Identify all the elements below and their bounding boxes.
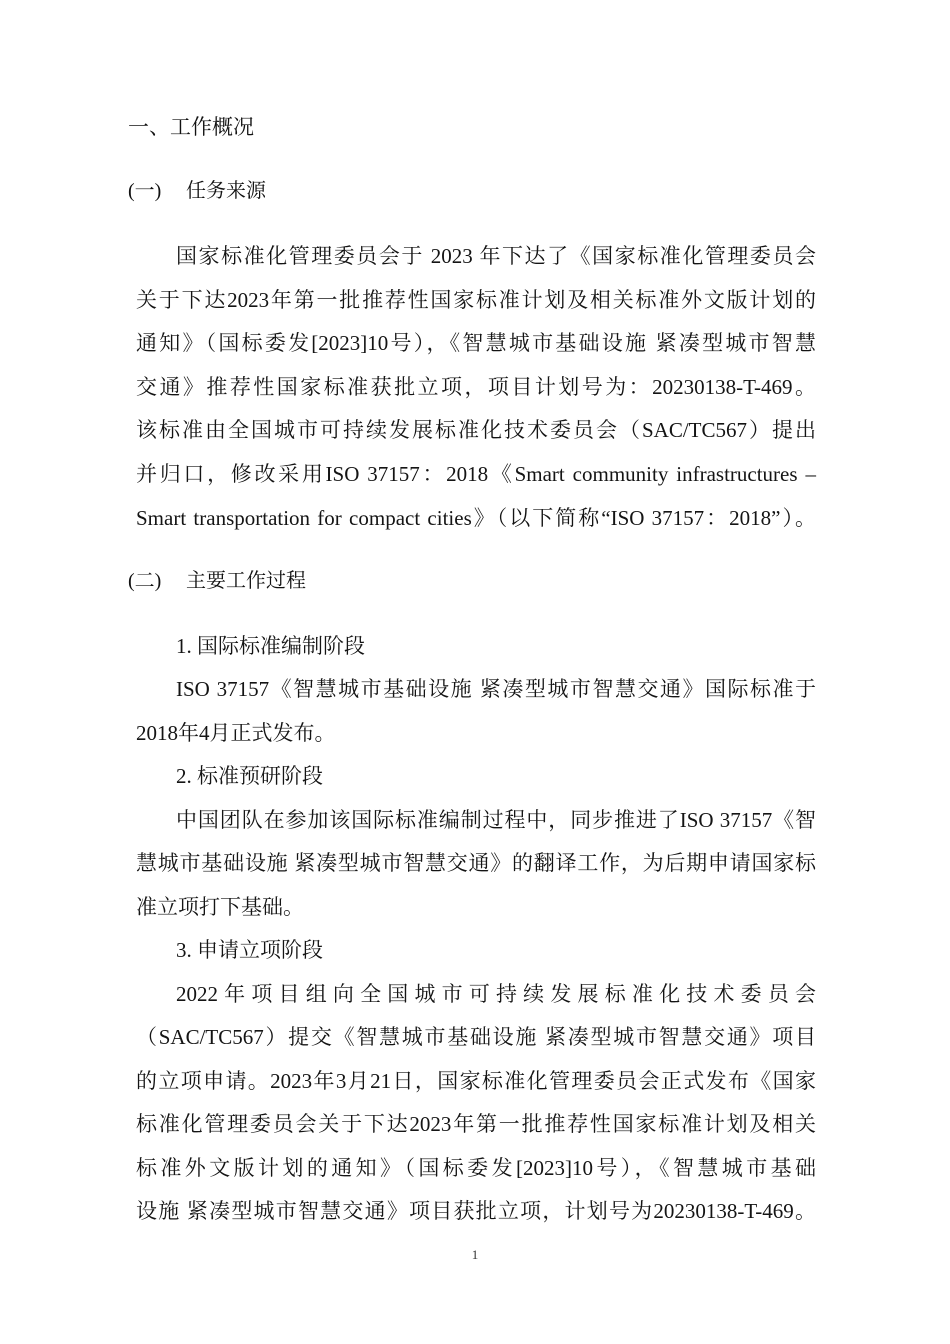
paragraph-line: 2022年项目组向全国城市可持续发展标准化技术委员会 xyxy=(176,980,816,1008)
paragraph-line: 该标准由全国城市可持续发展标准化技术委员会（SAC/TC567）提出 xyxy=(136,416,816,444)
paragraph-line: 标准化管理委员会关于下达2023年第一批推荐性国家标准计划及相关 xyxy=(136,1110,816,1138)
paragraph-line: （SAC/TC567）提交《智慧城市基础设施 紧凑型城市智慧交通》项目 xyxy=(136,1023,816,1051)
subsection-title: 任务来源 xyxy=(186,178,266,202)
paragraph-line: 交通》推荐性国家标准获批立项，项目计划号为：20230138-T-469。 xyxy=(136,373,816,401)
subsection-number: (二) xyxy=(128,567,186,595)
paragraph-line: 中国团队在参加该国际标准编制过程中，同步推进了ISO 37157《智 xyxy=(176,806,816,834)
document-page: 一、工作概况 (一)任务来源 国家标准化管理委员会于 2023 年下达了《国家标… xyxy=(0,0,950,1344)
paragraph-line: 并归口，修改采用ISO 37157：2018《Smart community i… xyxy=(136,460,816,488)
paragraph-line: 准立项打下基础。 xyxy=(136,893,304,921)
paragraph-line: ISO 37157《智慧城市基础设施 紧凑型城市智慧交通》国际标准于 xyxy=(176,675,816,703)
subsection-title: 主要工作过程 xyxy=(186,568,306,592)
paragraph-line: 标准外文版计划的通知》（国标委发[2023]10号），《智慧城市基础 xyxy=(136,1154,816,1182)
stage-heading-pre-research: 2. 标准预研阶段 xyxy=(176,762,323,790)
page-number: 1 xyxy=(0,1247,950,1263)
stage-heading-international-drafting: 1. 国际标准编制阶段 xyxy=(176,632,365,660)
paragraph-line: 设施 紧凑型城市智慧交通》项目获批立项，计划号为20230138-T-469。 xyxy=(136,1197,816,1225)
paragraph-line: 2018年4月正式发布。 xyxy=(136,719,336,747)
paragraph-line: 通知》（国标委发[2023]10号），《智慧城市基础设施 紧凑型城市智慧 xyxy=(136,329,816,357)
paragraph-line: 关于下达2023年第一批推荐性国家标准计划及相关标准外文版计划的 xyxy=(136,286,816,314)
stage-heading-project-application: 3. 申请立项阶段 xyxy=(176,936,323,964)
subsection-heading-task-source: (一)任务来源 xyxy=(128,176,266,205)
paragraph-line: 慧城市基础设施 紧凑型城市智慧交通》的翻译工作，为后期申请国家标 xyxy=(136,849,816,877)
paragraph-line: 的立项申请。2023年3月21日，国家标准化管理委员会正式发布《国家 xyxy=(136,1067,816,1095)
subsection-number: (一) xyxy=(128,177,186,205)
paragraph-line: Smart transportation for compact cities》… xyxy=(136,504,816,532)
subsection-heading-work-process: (二)主要工作过程 xyxy=(128,566,306,595)
paragraph-line: 国家标准化管理委员会于 2023 年下达了《国家标准化管理委员会 xyxy=(176,242,816,270)
section-title: 一、工作概况 xyxy=(128,113,254,141)
